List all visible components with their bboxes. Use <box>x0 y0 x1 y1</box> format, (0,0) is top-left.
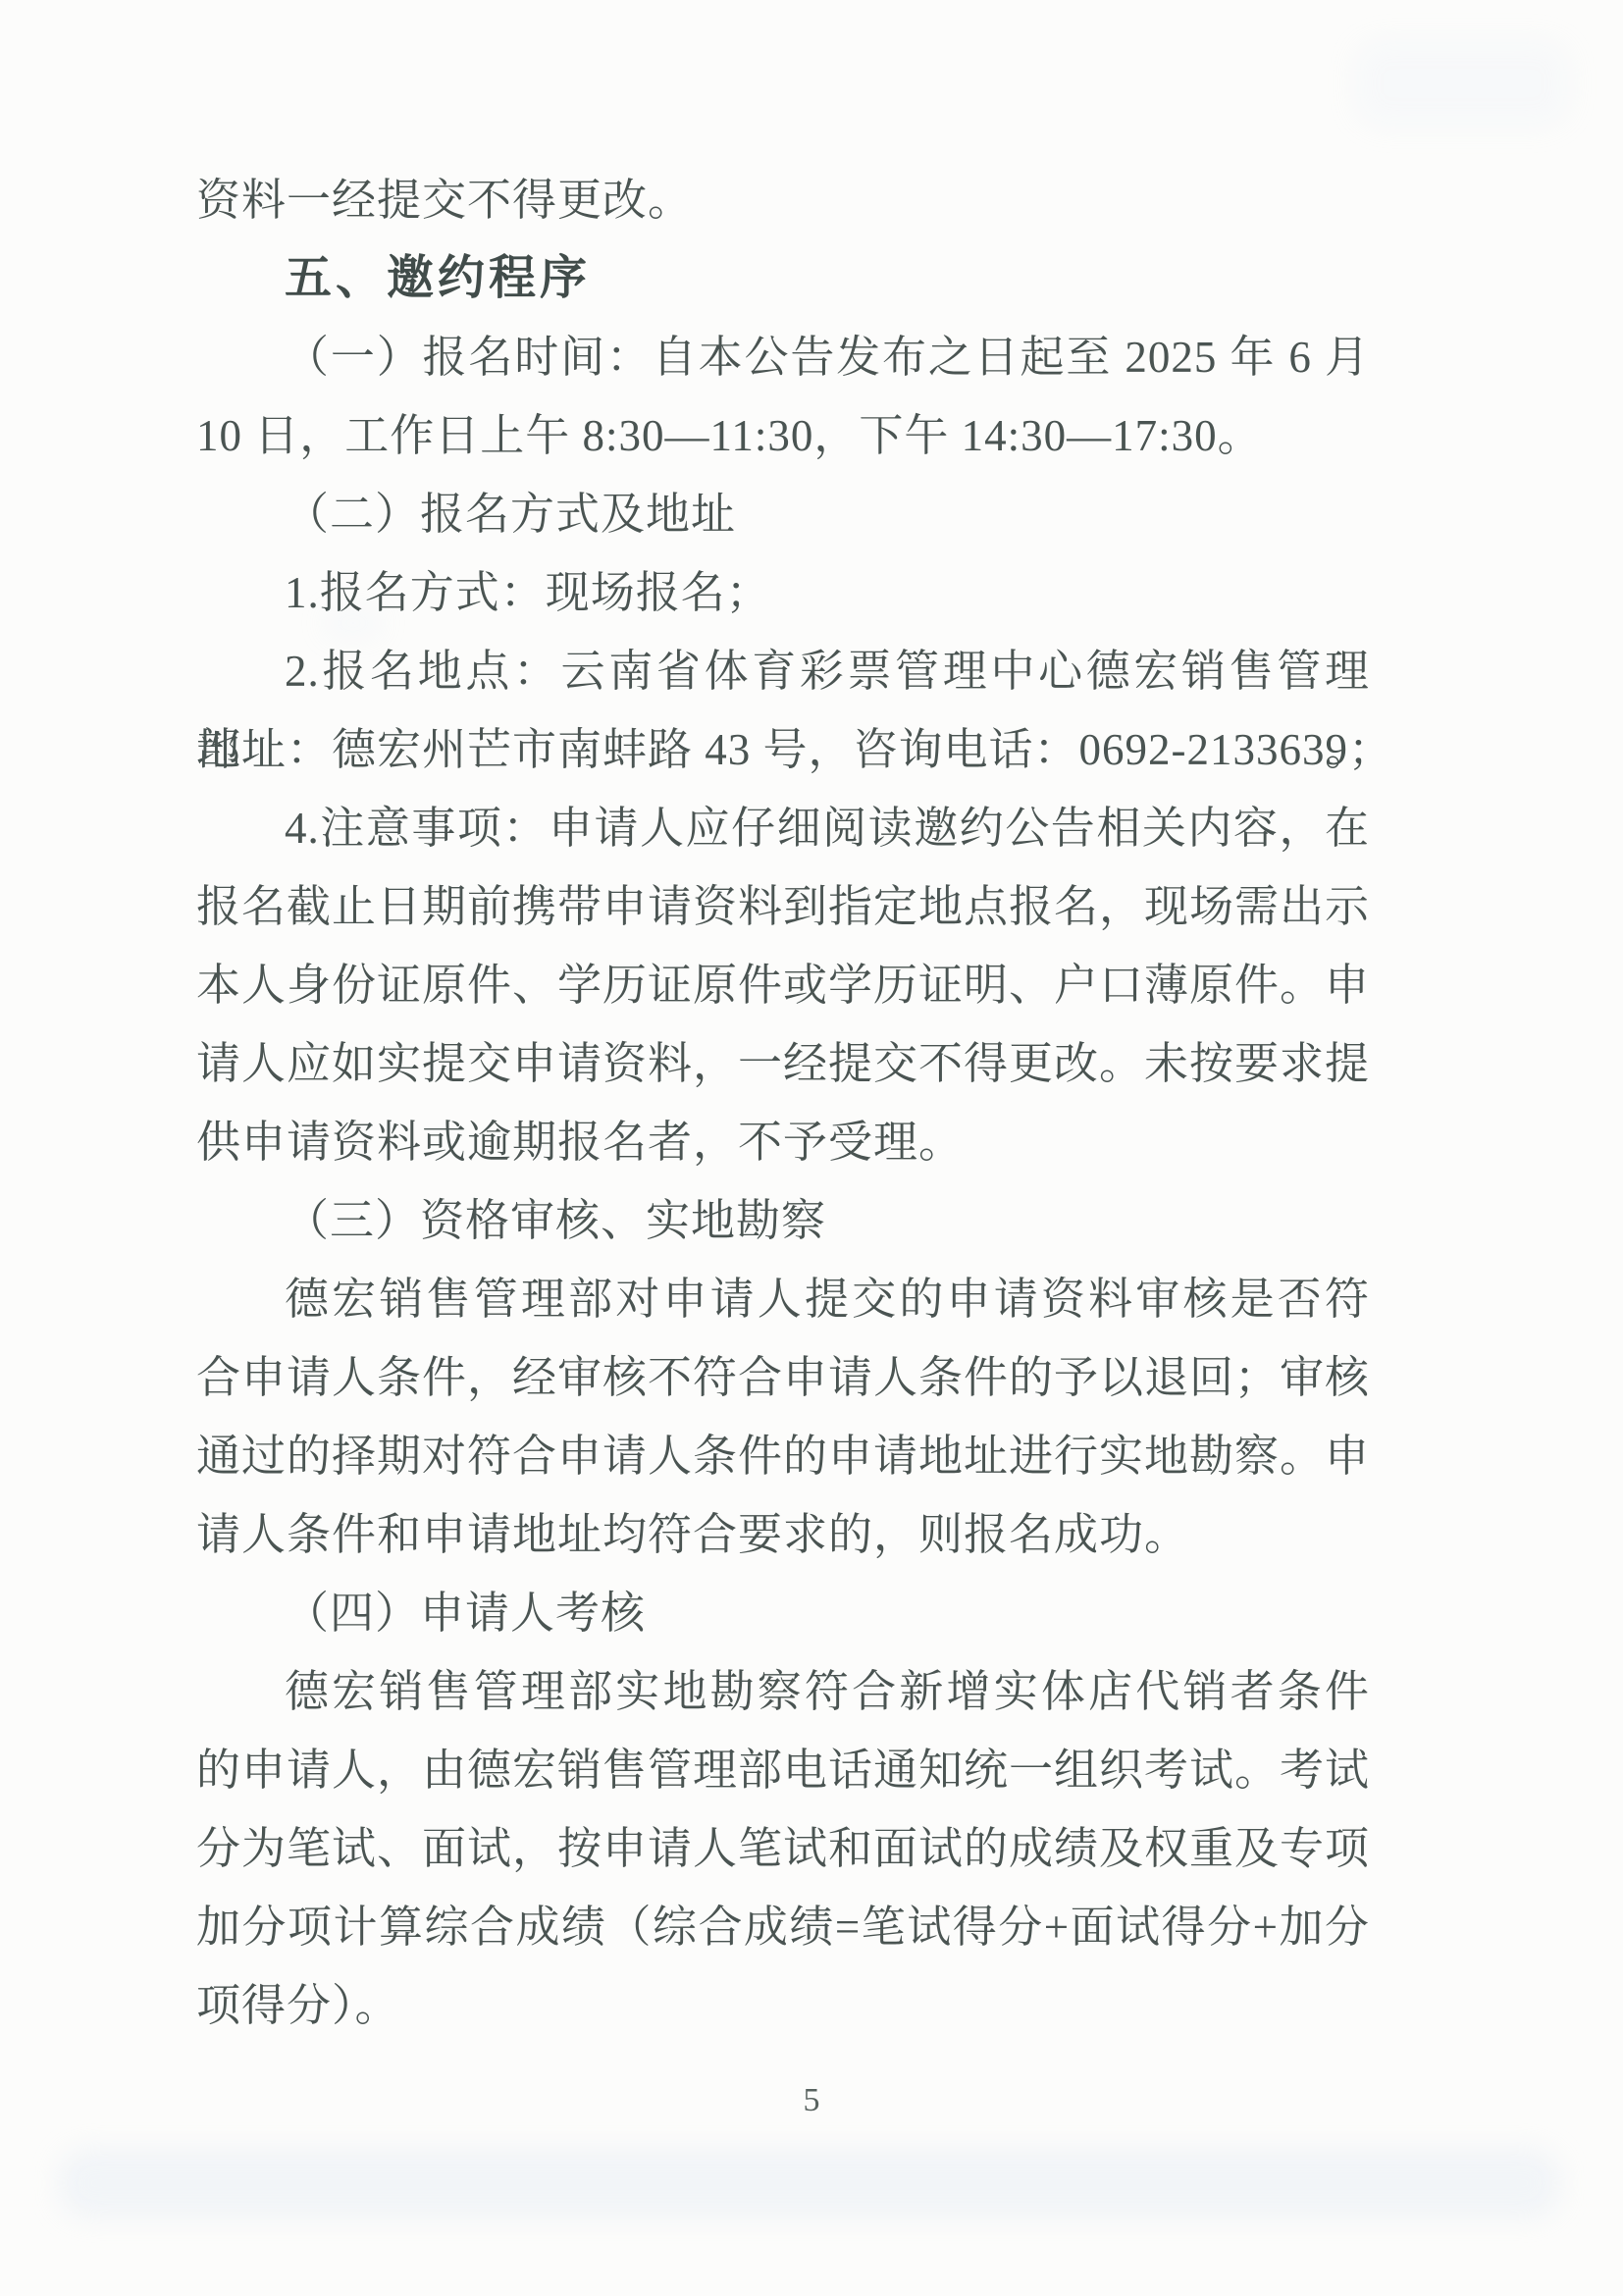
document-line: 10 日，工作日上午 8:30—11:30，下午 14:30—17:30。 <box>196 396 1370 475</box>
document-line: 的申请人，由德宏销售管理部电话通知统一组织考试。考试 <box>196 1731 1370 1809</box>
document-line: （二）报名方式及地址 <box>196 475 1370 553</box>
document-line: 1.报名方式：现场报名； <box>196 553 1370 632</box>
document-line: 德宏销售管理部对申请人提交的申请资料审核是否符 <box>196 1260 1370 1338</box>
document-page: 资料一经提交不得更改。五、邀约程序（一）报名时间：自本公告发布之日起至 2025… <box>0 0 1623 2296</box>
document-line: 合申请人条件，经审核不符合申请人条件的予以退回；审核 <box>196 1338 1370 1417</box>
document-line: 项得分）。 <box>196 1966 1370 2045</box>
document-line: 报名截止日期前携带申请资料到指定地点报名，现场需出示 <box>196 867 1370 946</box>
document-line: 请人应如实提交申请资料，一经提交不得更改。未按要求提 <box>196 1024 1370 1103</box>
document-line: 供申请资料或逾期报名者，不予受理。 <box>196 1103 1370 1181</box>
document-line: （四）申请人考核 <box>196 1574 1370 1652</box>
document-line: 加分项计算综合成绩（综合成绩=笔试得分+面试得分+加分 <box>196 1888 1370 1966</box>
document-line: 地址：德宏州芒市南蚌路 43 号，咨询电话：0692-2133639； <box>196 710 1370 789</box>
document-line: 德宏销售管理部实地勘察符合新增实体店代销者条件 <box>196 1652 1370 1731</box>
document-line: 本人身份证原件、学历证原件或学历证明、户口薄原件。申 <box>196 946 1370 1024</box>
document-line: 通过的择期对符合申请人条件的申请地址进行实地勘察。申 <box>196 1417 1370 1495</box>
document-body: 资料一经提交不得更改。五、邀约程序（一）报名时间：自本公告发布之日起至 2025… <box>0 0 1623 2296</box>
document-line: （一）报名时间：自本公告发布之日起至 2025 年 6 月 <box>196 318 1370 396</box>
page-number: 5 <box>0 2082 1623 2119</box>
document-line: 2.报名地点：云南省体育彩票管理中心德宏销售管理部。 <box>196 632 1370 710</box>
document-line: 资料一经提交不得更改。 <box>196 161 1370 239</box>
document-line: （三）资格审核、实地勘察 <box>196 1181 1370 1260</box>
document-line: 五、邀约程序 <box>196 239 1370 318</box>
document-line: 分为笔试、面试，按申请人笔试和面试的成绩及权重及专项 <box>196 1809 1370 1888</box>
document-line: 请人条件和申请地址均符合要求的，则报名成功。 <box>196 1495 1370 1574</box>
document-line: 4.注意事项：申请人应仔细阅读邀约公告相关内容，在 <box>196 789 1370 867</box>
